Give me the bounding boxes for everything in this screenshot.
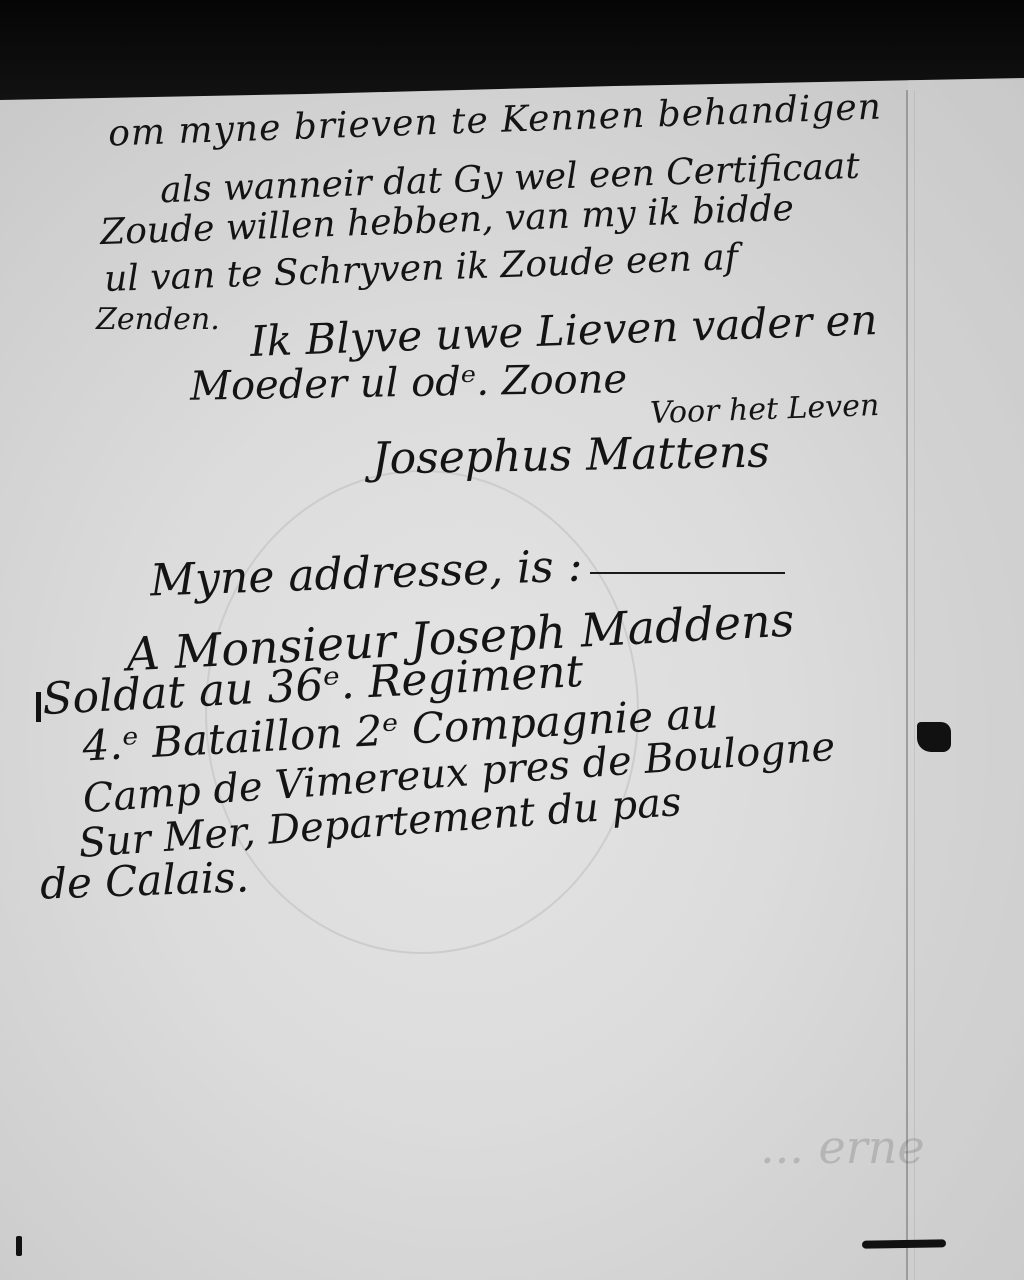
body-line: Zenden. bbox=[96, 302, 220, 337]
underline-rule bbox=[590, 572, 785, 574]
ink-mark bbox=[16, 1236, 22, 1256]
fold-crease-shadow bbox=[914, 90, 915, 1280]
bleedthrough-text: ... erne bbox=[760, 1120, 925, 1174]
folded-margin bbox=[908, 80, 1024, 1280]
ink-mark bbox=[36, 692, 41, 722]
ink-stain bbox=[917, 722, 951, 752]
fold-crease bbox=[906, 90, 908, 1280]
closing-line: Moeder ul odᵉ. Zoone bbox=[190, 356, 628, 410]
paper-tear bbox=[862, 1239, 946, 1248]
signature: Josephus Mattens bbox=[372, 427, 771, 485]
address-line: de Calais. bbox=[39, 852, 250, 908]
